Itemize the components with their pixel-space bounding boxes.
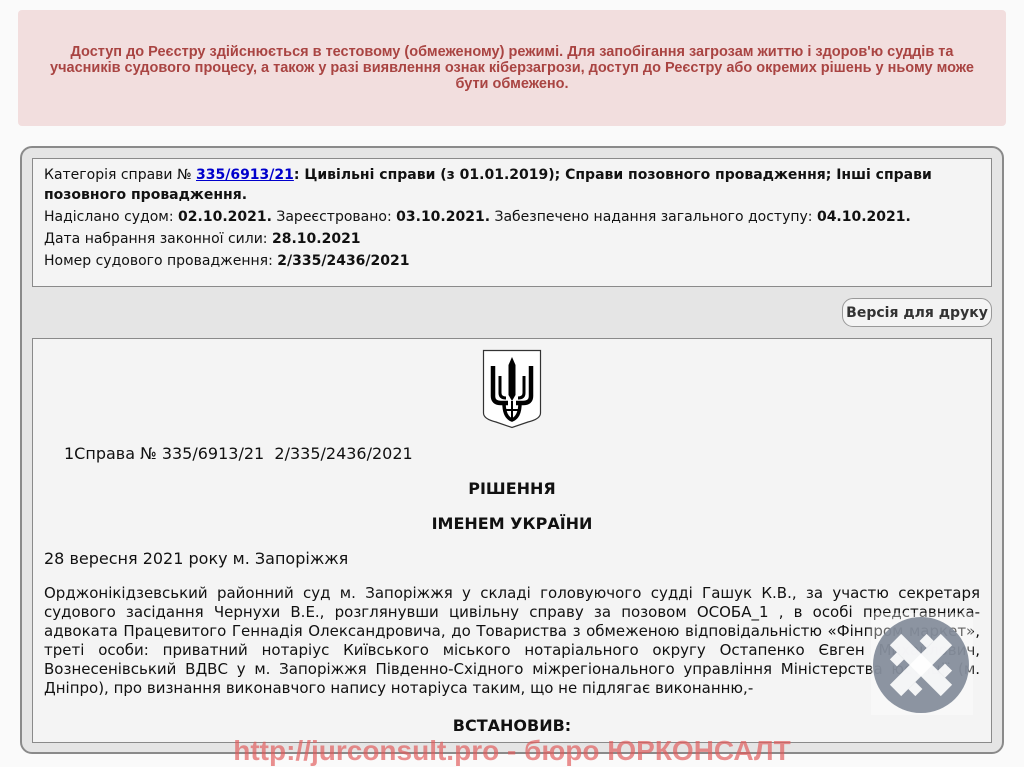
public-access-label: Забезпечено надання загального доступу: [490, 209, 817, 225]
floating-widget [871, 613, 973, 715]
decision-document[interactable]: 1Справа № 335/6913/21 2/335/2436/2021 РІ… [32, 338, 992, 743]
effective-value: 28.10.2021 [272, 231, 361, 247]
case-number-line: 1Справа № 335/6913/21 2/335/2436/2021 [33, 444, 991, 464]
case-info-panel: Категорія справи № 335/6913/21: Цивільні… [32, 158, 992, 287]
case-number-link[interactable]: 335/6913/21 [196, 167, 294, 183]
category-label: Категорія справи № [44, 167, 196, 183]
access-notice-banner: Доступ до Реєстру здійснюється в тестово… [18, 10, 1006, 126]
case-dates-row: Надіслано судом: 02.10.2021. Зареєстрова… [44, 207, 980, 227]
registered-value: 03.10.2021. [396, 209, 490, 225]
decision-title: РІШЕННЯ [33, 479, 991, 499]
sent-label: Надіслано судом: [44, 209, 178, 225]
sent-value: 02.10.2021. [178, 209, 272, 225]
registered-label: Зареєстровано: [272, 209, 396, 225]
decision-date-place: 28 вересня 2021 року м. Запоріжжя [33, 549, 991, 569]
decision-intro-paragraph: Орджонікідзевський районний суд м. Запор… [33, 584, 991, 698]
effective-label: Дата набрання законної сили: [44, 231, 272, 247]
floating-close-button[interactable] [873, 617, 969, 713]
decision-container: Категорія справи № 335/6913/21: Цивільні… [20, 146, 1004, 754]
access-notice-text: Доступ до Реєстру здійснюється в тестово… [34, 44, 990, 92]
effective-date-row: Дата набрання законної сили: 28.10.2021 [44, 229, 980, 249]
section-heading-established: ВСТАНОВИВ: [33, 716, 991, 736]
ukraine-coat-of-arms-icon [482, 349, 542, 429]
proceeding-label: Номер судового провадження: [44, 253, 277, 269]
print-version-button[interactable]: Версія для друку [842, 298, 992, 327]
close-x-icon [873, 617, 969, 713]
proceeding-value: 2/335/2436/2021 [277, 253, 409, 269]
decision-subtitle: ІМЕНЕМ УКРАЇНИ [33, 514, 991, 534]
public-access-value: 04.10.2021. [817, 209, 911, 225]
case-category-row: Категорія справи № 335/6913/21: Цивільні… [44, 165, 980, 205]
proceeding-number-row: Номер судового провадження: 2/335/2436/2… [44, 251, 980, 271]
